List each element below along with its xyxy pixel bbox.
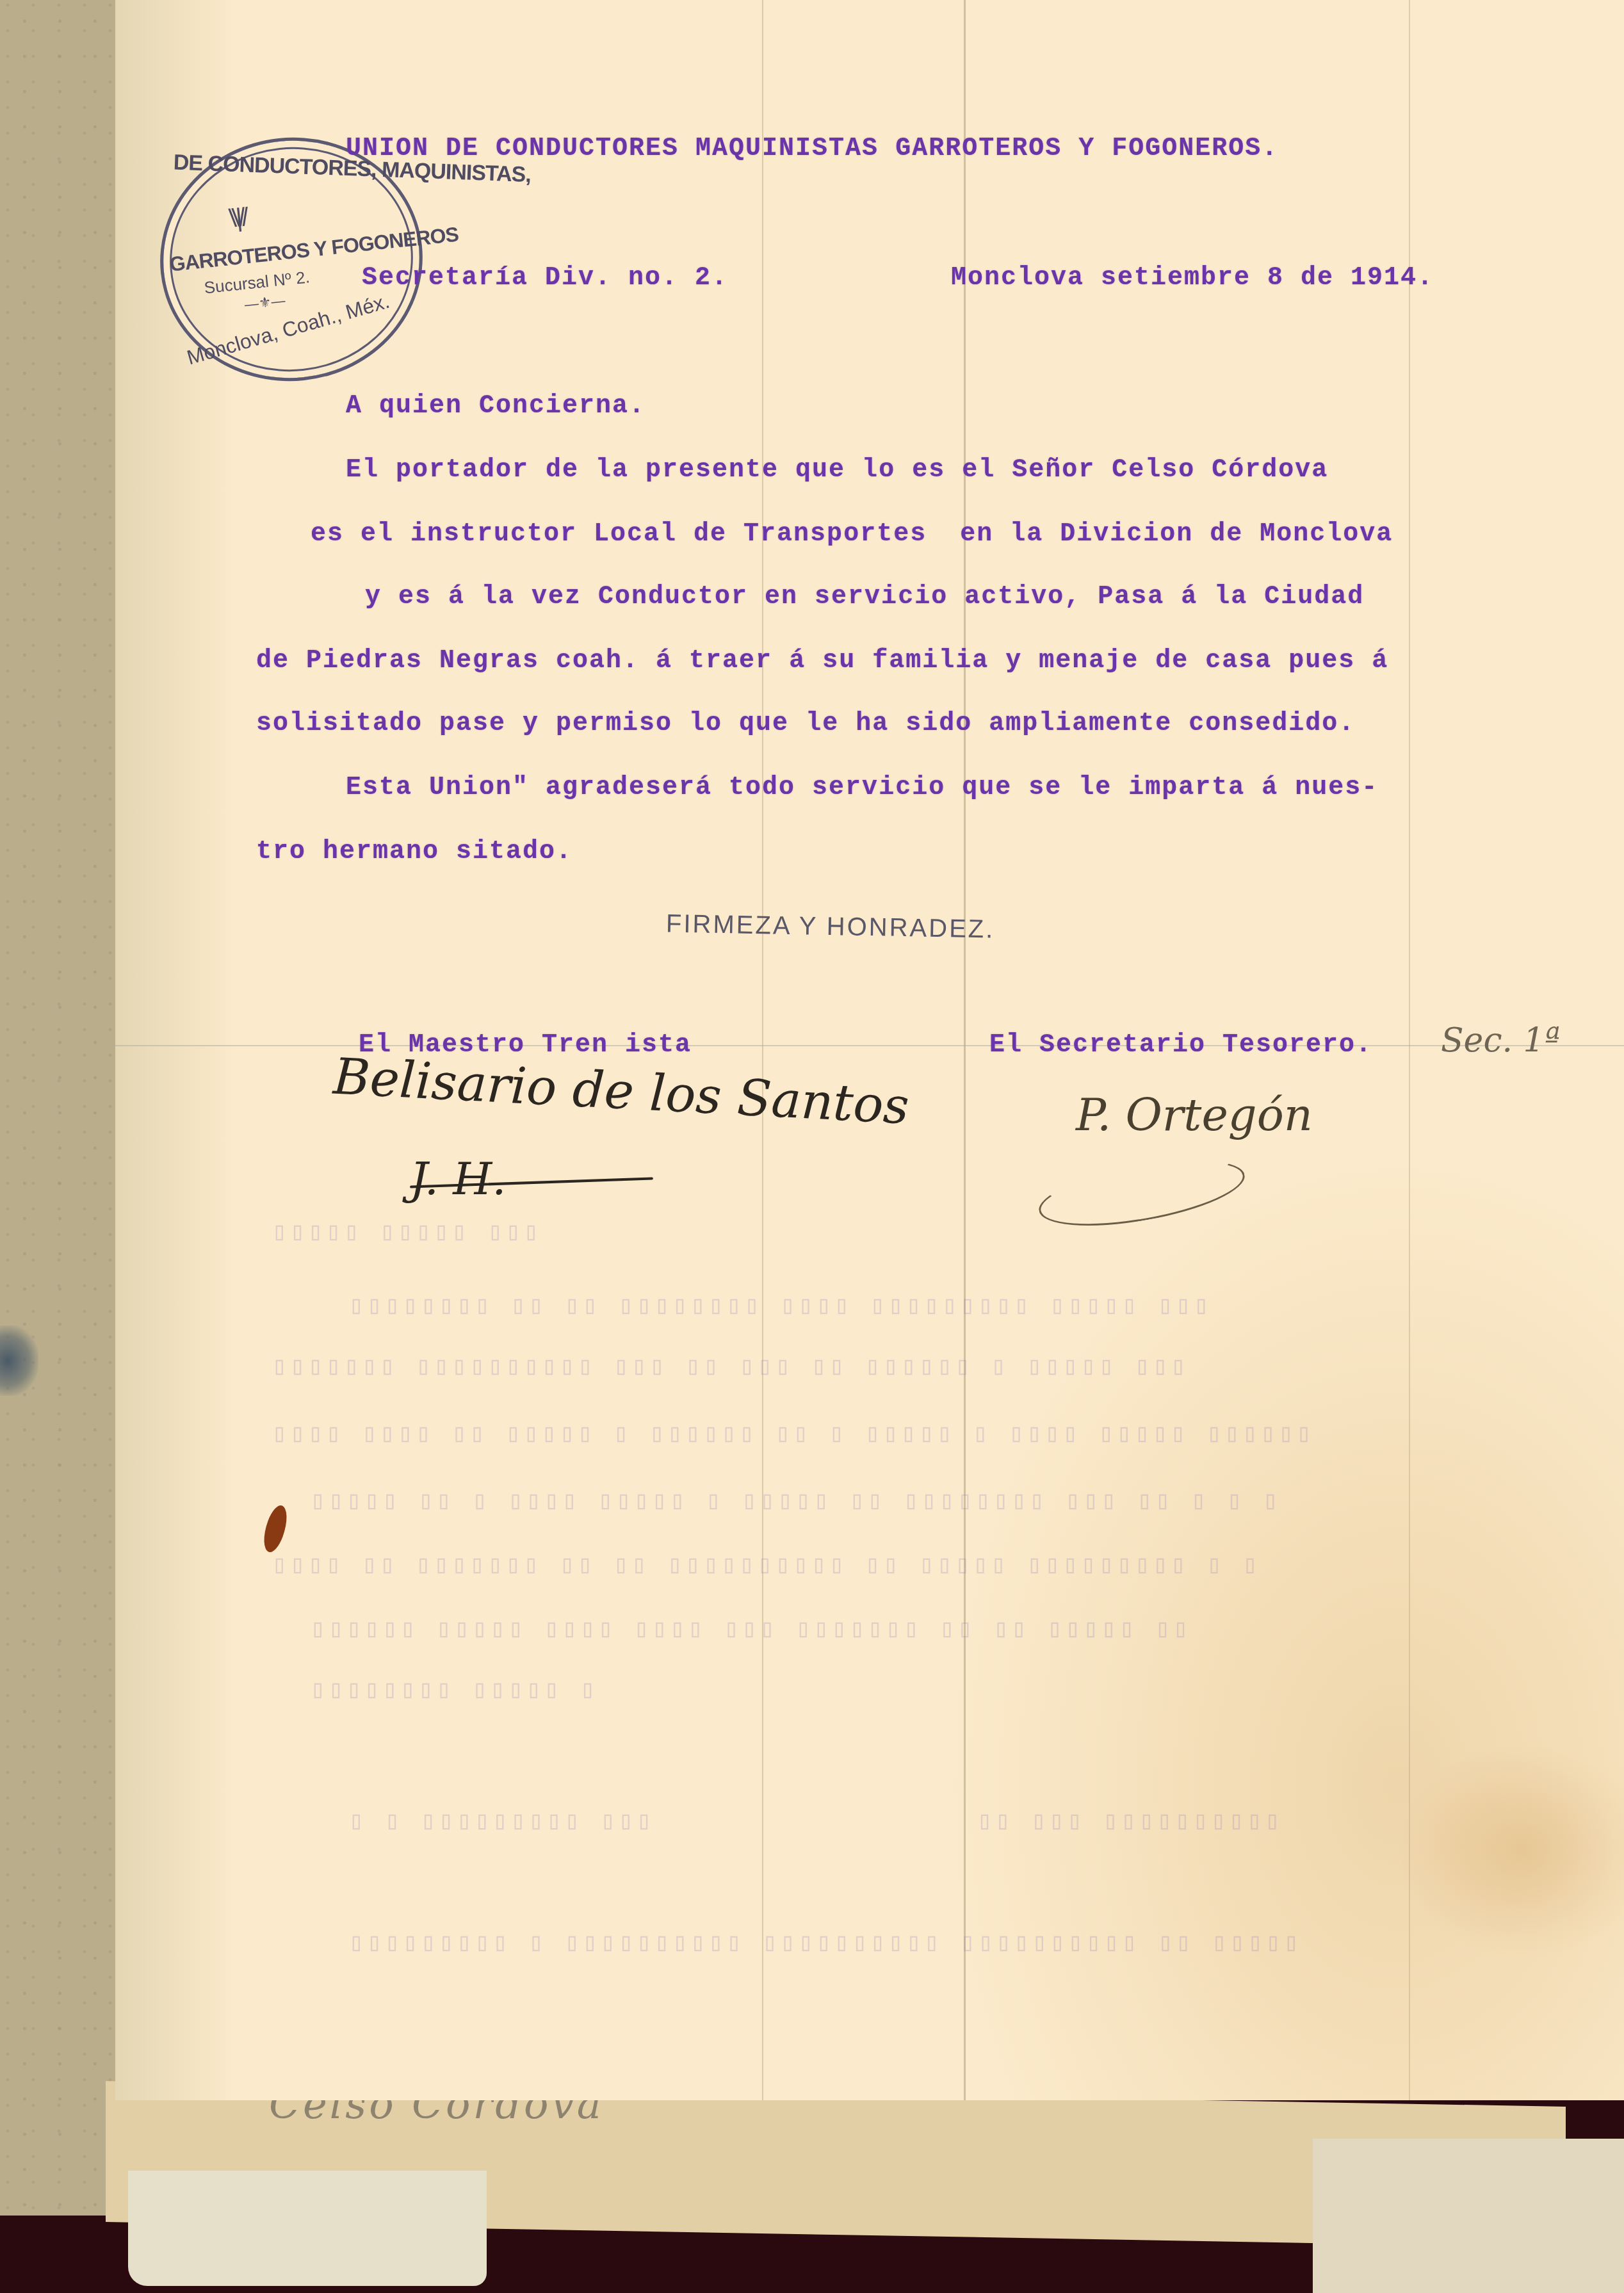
letterhead: UNION DE CONDUCTORES MAQUINISTAS GARROTE… (346, 134, 1278, 163)
fold-line (762, 0, 763, 2100)
motto-stamp: FIRMEZA Y HONRADEZ. (666, 910, 995, 944)
sunburst-icon: \\|// (228, 203, 247, 233)
bleed-through-text: ▯▯▯ ▯▯▯▯▯ ▯ ▯▯▯▯▯▯ ▯▯ ▯▯▯ ▯▯ ▯▯▯ ▯▯▯▯▯▯▯… (269, 1351, 1185, 1382)
body-line: solisitado pase y permiso lo que le ha s… (256, 709, 1355, 738)
rust-stain (258, 1503, 293, 1555)
bleed-through-text: ▯ ▯▯▯▯▯ ▯▯▯▯▯▯▯▯ (307, 1674, 595, 1706)
salutation: A quien Concierna. (346, 392, 646, 421)
body-line: de Piedras Negras coah. á traer á su fam… (256, 647, 1388, 676)
handwritten-annotation: Sec. 1ª (1441, 1021, 1560, 1060)
water-stain (1396, 1742, 1624, 1959)
signature-initials: J. H. (410, 1153, 506, 1205)
bleed-through-text: ▯▯ ▯▯▯▯▯ ▯▯ ▯▯ ▯▯▯▯▯▯▯ ▯▯▯ ▯▯▯▯ ▯▯▯▯ ▯▯▯… (307, 1614, 1188, 1645)
fold-line (115, 1045, 1624, 1046)
body-line: y es á la vez Conductor en servicio acti… (365, 583, 1364, 612)
body-line: es el instructor Local de Transportes en… (311, 520, 1393, 549)
bleed-through-text: ▯▯▯▯▯ ▯▯ ▯▯▯▯▯▯▯▯▯▯ ▯▯▯▯▯▯▯▯▯▯ ▯▯▯▯▯▯▯▯▯… (346, 1927, 1299, 1959)
bleed-through-text: ▯▯▯▯▯▯▯▯▯▯ ▯▯▯ ▯▯ ▯▯▯ ▯▯▯▯▯▯▯▯▯ ▯ ▯ (346, 1806, 1279, 1837)
seal-branch-text: Sucursal Nº 2. (203, 267, 311, 298)
bleed-through-text: ▯ ▯ ▯ ▯▯ ▯▯▯ ▯▯▯▯▯▯▯▯ ▯▯ ▯▯▯▯▯ ▯ ▯▯▯▯▯ ▯… (307, 1486, 1278, 1517)
underlying-sheet-right (1313, 2139, 1624, 2293)
bleed-through-text: ▯▯▯▯▯▯ ▯▯▯▯▯ ▯▯▯▯ ▯ ▯▯▯▯▯ ▯ ▯▯ ▯▯▯▯▯▯ ▯ … (269, 1418, 1311, 1450)
office-line: Secretaría Div. no. 2. (362, 264, 728, 293)
body-line: tro hermano sitado. (256, 838, 572, 866)
ink-blot (0, 1325, 38, 1396)
bleed-through-text: ▯▯▯ ▯▯▯▯▯ ▯▯▯▯▯▯▯▯▯ ▯▯▯▯ ▯▯▯▯▯▯▯▯ ▯▯ ▯▯ … (346, 1290, 1208, 1322)
underlying-sheet-torn (128, 2171, 487, 2286)
fold-line (964, 0, 966, 2100)
signatory-title-2: El Secretario Tesorero. (989, 1031, 1372, 1060)
body-line: Esta Union" agradeserá todo servicio que… (346, 774, 1378, 802)
bleed-through-text: ▯ ▯ ▯▯▯▯▯▯▯▯▯ ▯▯▯▯▯ ▯▯ ▯▯▯▯▯▯▯▯▯▯ ▯▯ ▯▯ … (269, 1550, 1258, 1581)
bleed-through-text: ▯▯▯ ▯▯▯▯▯ ▯▯▯▯▯ (269, 1217, 539, 1248)
seal-bottom-text: Monclova, Coah., Méx. (184, 289, 393, 370)
signature-ortegon: P. Ortegón (1076, 1089, 1313, 1141)
ornament-icon: —⚜— (244, 292, 286, 313)
body-line: El portador de la presente que lo es el … (346, 456, 1328, 485)
place-date: Monclova setiembre 8 de 1914. (951, 264, 1434, 293)
